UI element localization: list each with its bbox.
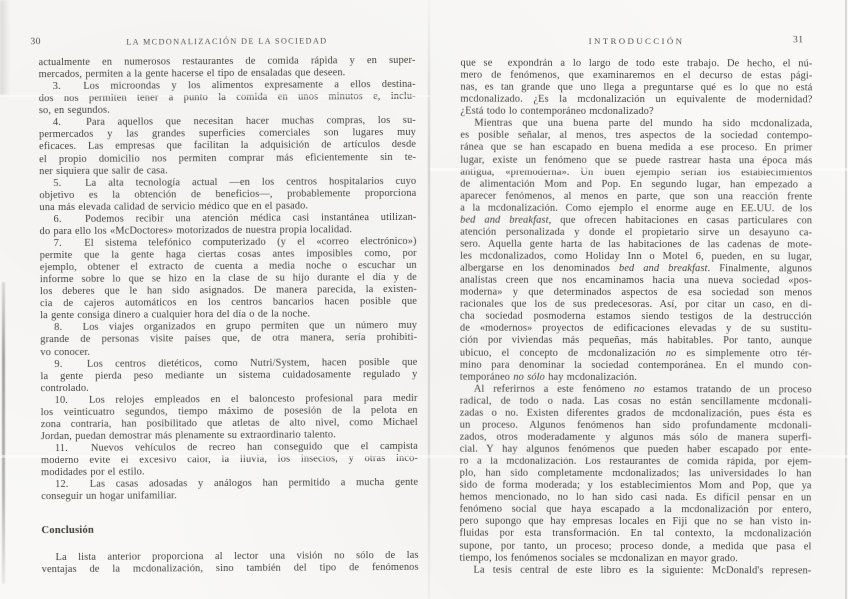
text-line: fluidas por esta transformación. En tal … [459,528,811,541]
italic-text: bed and breakfast [619,263,708,274]
text-line: analistas creen que nos encaminamos haci… [460,275,812,288]
text-line: albergarse en los denominados bed and br… [460,263,812,276]
text-line: sido de forma moderada; y los establecim… [460,480,812,493]
text-line: objetivo es la obtención de beneficios—,… [39,188,416,202]
text-line: ránea que se han escapado en buena medid… [460,142,812,155]
text-line: moderna» y que determinados aspectos de … [460,287,812,300]
text-line: de «modernos» proyectos de edificaciones… [460,323,812,336]
text-line: mero de fenómenos, que examinaremos en e… [460,70,812,83]
text-line: tiempo, los fenómenos sociales se mcdona… [459,552,811,565]
text-line: sero. Aquella gente harta de las habitac… [460,239,812,252]
text-line: ción por viviendas más pequeñas, más hab… [460,335,812,348]
book-scan: 30 LA MCDONALIZACIÓN DE LA SOCIEDAD actu… [0,0,848,599]
text-line: a la mcdonalización. Como ejemplo el eno… [460,202,812,215]
text-line: cial. Y hay algunos fenómenos que pueden… [460,444,812,457]
text-line: el propio domicilio nos permiten comprar… [39,151,416,165]
text-line: hemos mencionado, no lo han sido casi na… [460,492,812,505]
left-running-head: LA MCDONALIZACIÓN DE LA SOCIEDAD [38,36,415,47]
right-page-number: 31 [793,35,804,45]
text-line: La tesis central de este libro es la sig… [459,564,811,577]
text-line: un proceso. Algunos fenómenos han sido p… [460,420,812,433]
left-page-body: actualmente en numerosos restaurantes de… [39,55,419,504]
text-line: que se expondrán a lo largo de todo este… [460,58,812,71]
left-page: 30 LA MCDONALIZACIÓN DE LA SOCIEDAD actu… [38,0,419,599]
text-line: aparecer fenómenos, al menos en parte, q… [460,190,812,203]
text-line: mcdonalizado. ¿Es la mcdonalización un e… [460,94,812,107]
scan-artifact-gutter-shadow [428,0,430,599]
text-line: racionales que los de sus predecesoras. … [460,299,812,312]
text-line: la gente pierda peso mediante un sistema… [40,368,417,382]
text-line: atención personalizada y donde el propie… [460,227,812,240]
right-running-head: INTRODUCCIÓN [461,36,813,47]
text-line: bed and breakfast, que ofrecen habitacio… [460,214,812,227]
scan-artifact-right-edge-line [845,0,847,599]
text-line: zadas o no. Existen diferentes grados de… [460,407,812,420]
text-line: plo, han sido completamente mcdonalizado… [460,468,812,481]
text-line: pero supongo que hay empresas locales en… [460,516,812,529]
text-line: mino para denominar la sociedad contempo… [460,359,812,372]
italic-text: no [634,384,645,395]
italic-text: no sólo [513,371,545,382]
text-line: Mientras que una buena parte del mundo h… [460,118,812,131]
text-line: de alimentación Mom and Pop. En segundo … [460,178,812,191]
text-line: grande de personas visite países que, de… [40,332,417,346]
text-line: zados, otros moderadamente y algunos más… [460,432,812,445]
text-line: les mcdonalizados, como Holiday Inn o Mo… [460,251,812,264]
text-line: Al referirnos a este fenómeno no estamos… [460,383,812,396]
text-line: es posible señalar, al menos, tres aspec… [460,130,812,143]
text-line: fenómeno social que haya escapado a la m… [460,504,812,517]
text-line: antigua, «premoderna». Un buen ejemplo s… [460,166,812,179]
text-line: temporáneo no sólo hay mcdonalización. [460,371,812,384]
text-line: zona contraria, han posibilitado que atl… [41,417,418,431]
text-line: moderno evite el excesivo calor, la lluv… [41,453,418,467]
text-line: 6. Podemos recibir una atención médica c… [39,212,416,226]
text-line: nas, es tan grande que uno llega a pregu… [460,82,812,95]
text-line: radical, de todo o nada. Las cosas no es… [460,395,812,408]
text-line: ¿Está todo lo contemporáneo mcdonalizado… [460,106,812,119]
italic-text: bed and breakfast [460,214,548,225]
text-line: ventajas de la mcdonalización, sino tamb… [42,562,419,576]
text-line: cha sociedad posmoderna estamos siendo t… [460,311,812,324]
right-page: INTRODUCCIÓN 31 que se expondrán a lo la… [459,0,812,599]
conclusion-heading: Conclusión [41,525,94,536]
italic-text: no [666,348,677,359]
left-page-conclusion-body: La lista anterior proporciona al lector … [42,550,419,576]
text-line: lugar, existe un fenómeno que se puede r… [460,154,812,167]
scan-artifact-left-edge-streak [2,282,5,584]
text-line: ro a la mcdonalización. Los restaurantes… [460,456,812,469]
right-page-body: que se expondrán a lo largo de todo este… [459,58,812,577]
scan-artifact-corner-smudge [0,0,10,95]
text-line: supone, por tanto, un proceso; proceso d… [459,540,811,553]
text-line: conseguir un hogar unifamiliar. [41,489,418,503]
text-line: ubicuo, el concepto de mcdonalización no… [460,347,812,360]
